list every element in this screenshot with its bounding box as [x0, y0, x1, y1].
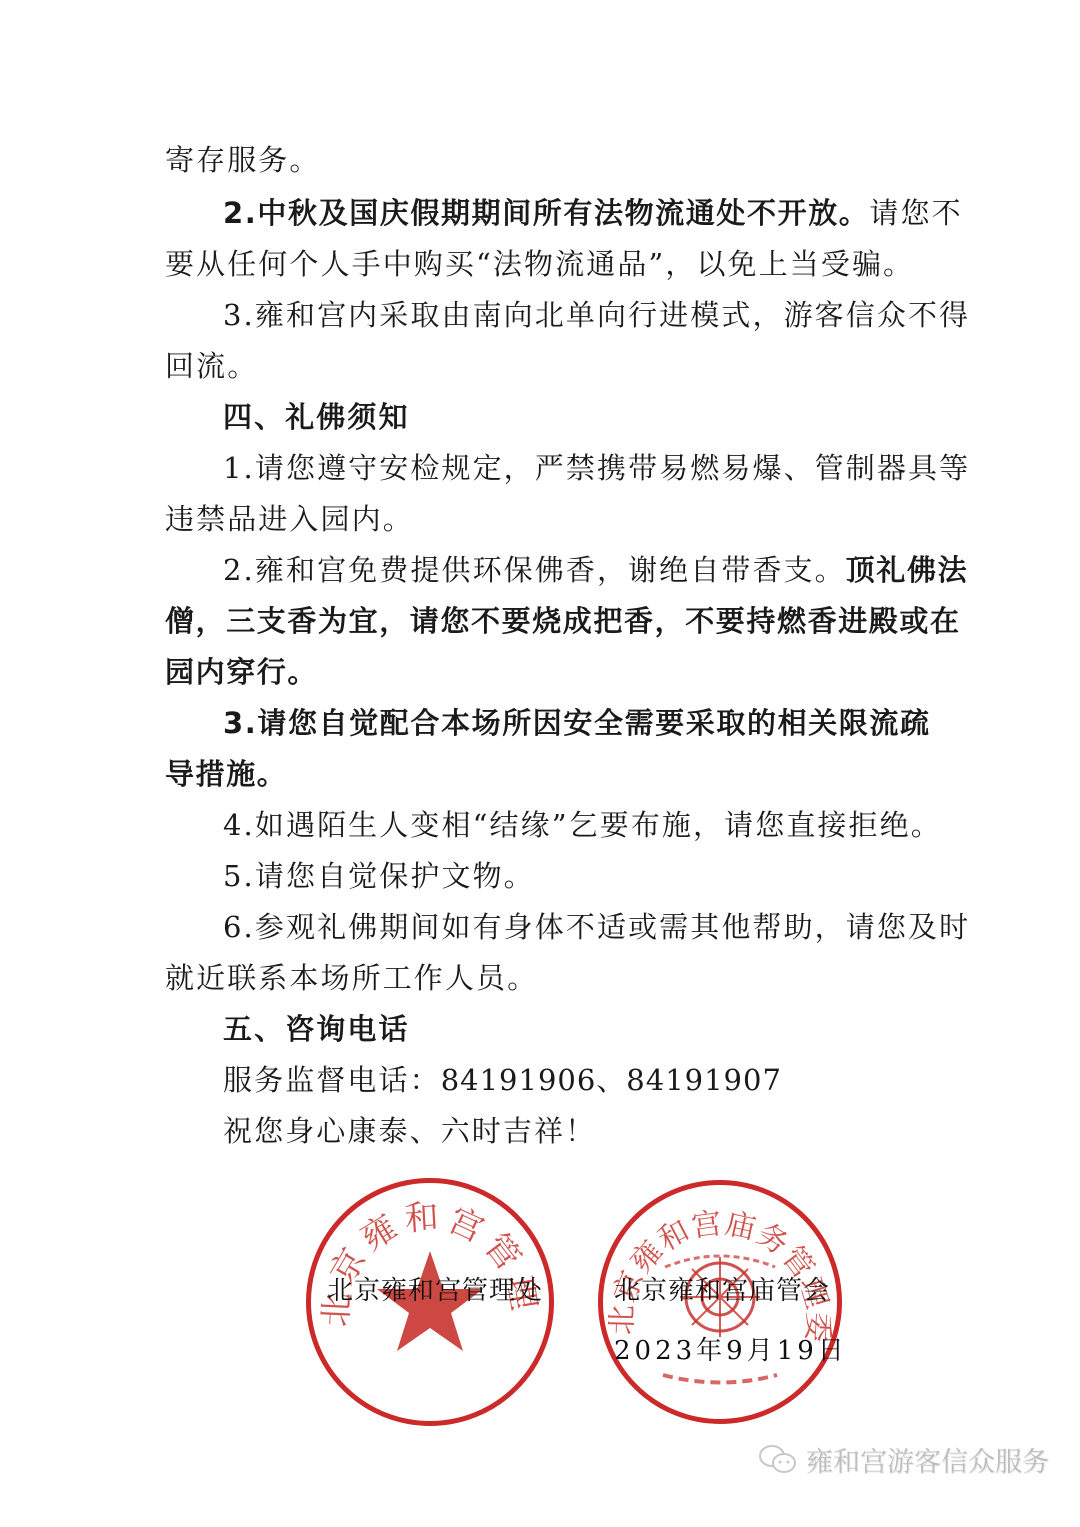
section4-item1-line2: 违禁品进入园内。 [165, 502, 414, 536]
phone-numbers: 84191906、84191907 [441, 1063, 782, 1097]
section-heading-5: 五、咨询电话 [223, 1012, 410, 1046]
wechat-icon [758, 1444, 798, 1476]
section4-item6-line1: 6.参观礼佛期间如有身体不适或需其他帮助，请您及时 [223, 910, 970, 944]
section4-item2-regular: 2.雍和宫免费提供环保佛香，谢绝自带香支。 [223, 553, 846, 587]
section4-item5: 5.请您自觉保护文物。 [223, 859, 535, 893]
section4-item1-line1: 1.请您遵守安检规定，严禁携带易燃易爆、管制器具等 [223, 451, 970, 485]
section4-item2-line2: 僧，三支香为宜，请您不要烧成把香，不要持燃香进殿或在 [165, 604, 961, 638]
notice-item-2-line-1: 2.中秋及国庆假期期间所有法物流通处不开放。请您不 [223, 196, 963, 230]
text-line-storage: 寄存服务。 [165, 143, 321, 177]
notice-item-3-line-2: 回流。 [165, 349, 258, 383]
section4-item2-line3: 园内穿行。 [165, 655, 318, 689]
phone-label: 服务监督电话： [223, 1063, 441, 1097]
section4-item3-line1: 3.请您自觉配合本场所因安全需要采取的相关限流疏 [223, 706, 931, 740]
notice-item-2-bold: 2.中秋及国庆假期期间所有法物流通处不开放。 [223, 196, 869, 230]
wechat-account-watermark: 雍和宫游客信众服务 [758, 1440, 1049, 1479]
signature-date: 2023年9月19日 [614, 1330, 848, 1367]
blessing-line: 祝您身心康泰、六时吉祥！ [223, 1114, 596, 1148]
notice-item-2-regular: 请您不 [869, 196, 962, 230]
phone-line: 服务监督电话：84191906、84191907 [223, 1063, 782, 1097]
notice-item-2-line-2: 要从任何个人手中购买“法物流通品”，以免上当受骗。 [165, 247, 914, 281]
notice-item-3-line-1: 3.雍和宫内采取由南向北单向行进模式，游客信众不得 [223, 298, 970, 332]
section-heading-4: 四、礼佛须知 [223, 400, 410, 434]
section4-item3-line2: 导措施。 [165, 757, 287, 791]
signature-org-2: 北京雍和宫庙管会 [614, 1270, 830, 1307]
section4-item6-line2: 就近联系本场所工作人员。 [165, 961, 538, 995]
wechat-account-name: 雍和宫游客信众服务 [806, 1440, 1049, 1479]
section4-item4: 4.如遇陌生人变相“结缘”乞要布施，请您直接拒绝。 [223, 808, 942, 842]
signature-org-1: 北京雍和宫管理处 [327, 1270, 543, 1307]
section4-item2-bold: 顶礼佛法 [846, 553, 968, 587]
section4-item2-line1: 2.雍和宫免费提供环保佛香，谢绝自带香支。顶礼佛法 [223, 553, 968, 587]
